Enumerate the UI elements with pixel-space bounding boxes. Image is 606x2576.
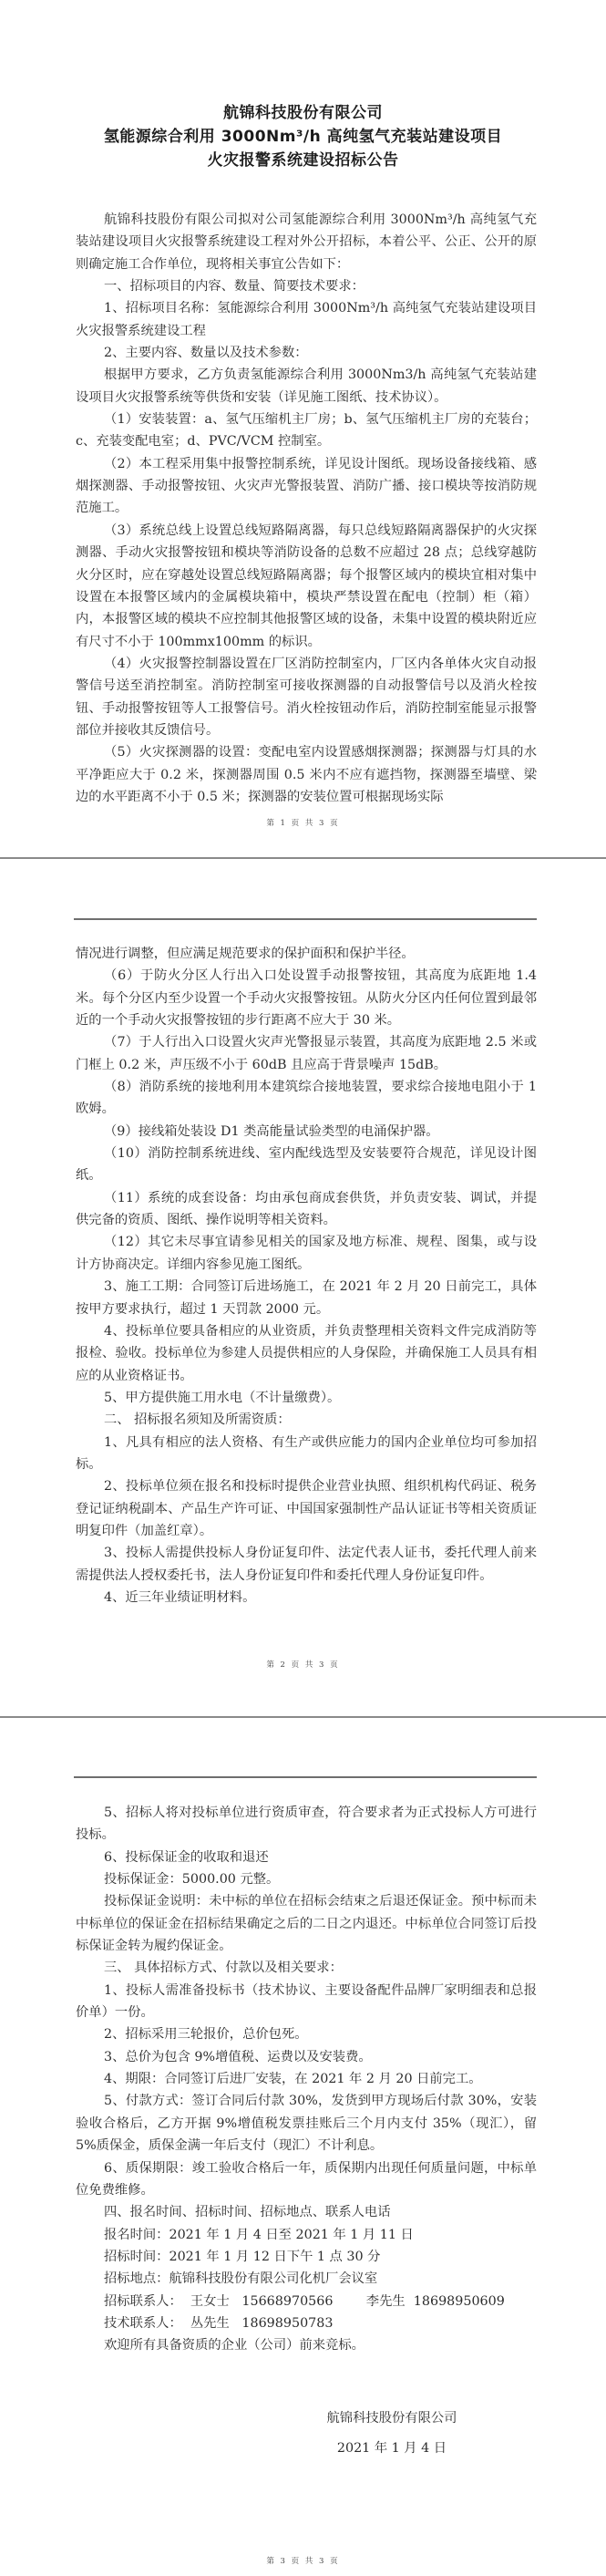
paragraph: 1、招标项目名称：氢能源综合利用 3000Nm³/h 高纯氢气充装站建设项目火灾… — [76, 297, 537, 342]
bid-time: 招标时间：2021 年 1 月 12 日下午 1 点 30 分 — [76, 2246, 537, 2268]
paragraph: 根据甲方要求，乙方负责氢能源综合利用 3000Nm3/h 高纯氢气充装站建设项目… — [76, 364, 537, 409]
page-separator — [0, 1716, 606, 1718]
intro-paragraph: 航锦科技股份有限公司拟对公司氢能源综合利用 3000Nm³/h 高纯氢气充装站建… — [76, 209, 537, 275]
page-number: 第 2 页 共 3 页 — [0, 1659, 606, 1670]
page-separator — [0, 857, 606, 859]
tech-contact: 技术联系人： 丛先生 18698950783 — [76, 2312, 537, 2334]
section-3-heading: 三、 具体招标方式、付款以及相关要求： — [76, 1957, 537, 1979]
paragraph: 3、总价为包含 9%增值税、运费以及安装费。 — [76, 2046, 537, 2068]
paragraph: （10）消防控制系统进线、室内配线选型及安装要符合规范，详见设计图纸。 — [76, 1143, 537, 1187]
paragraph: （5）火灾探测器的设置：变配电室内设置感烟探测器；探测器与灯具的水平净距应大于 … — [76, 741, 537, 808]
paragraph: 2、主要内容、数量以及技术参数： — [76, 342, 537, 364]
signature-company: 航锦科技股份有限公司 — [314, 2403, 469, 2434]
registration-time: 报名时间：2021 年 1 月 4 日至 2021 年 1 月 11 日 — [76, 2224, 537, 2246]
page-number: 第 1 页 共 3 页 — [0, 817, 606, 828]
paragraph: （2）本工程采用集中报警控制系统，详见设计图纸。现场设备接线箱、感烟探测器、手动… — [76, 453, 537, 520]
paragraph: （1）安装装置：a、氢气压缩机主厂房；b、氢气压缩机主厂房的充装台；c、充装变配… — [76, 409, 537, 453]
signature-date: 2021 年 1 月 4 日 — [314, 2433, 469, 2464]
paragraph: （12）其它未尽事宜请参见相关的国家及地方标准、规程、图集，或与设计方协商决定。… — [76, 1231, 537, 1276]
page-header-rule — [74, 918, 537, 920]
paragraph: （11）系统的成套设备：均由承包商成套供货，并负责安装、调试，并提供完备的资质、… — [76, 1187, 537, 1232]
paragraph: 3、施工工期：合同签订后进场施工，在 2021 年 2 月 20 日前完工，具体… — [76, 1276, 537, 1320]
paragraph: 1、凡具有相应的法人资格、有生产或供应能力的国内企业单位均可参加招标。 — [76, 1432, 537, 1476]
paragraph: 4、期限：合同签订后进厂安装，在 2021 年 2 月 20 日前完工。 — [76, 2068, 537, 2090]
paragraph: 4、投标单位要具备相应的从业资质，并负责整理相关资料文件完成消防等报检、验收。投… — [76, 1320, 537, 1387]
deposit-note: 投标保证金说明：未中标的单位在招标会结束之后退还保证金。预中标而未中标单位的保证… — [76, 1890, 537, 1957]
paragraph: 1、投标人需准备投标书（技术协议、主要设备配件品牌厂家明细表和总报价单）一份。 — [76, 1980, 537, 2024]
paragraph: （9）接线箱处装设 D1 类高能量试验类型的电涌保护器。 — [76, 1121, 537, 1143]
page-3-body: 5、招标人将对投标单位进行资质审查，符合要求者为正式投标人方可进行投标。 6、投… — [76, 1802, 537, 2357]
paragraph: （3）系统总线上设置总线短路隔离器，每只总线短路隔离器保护的火灾探测器、手动火灾… — [76, 520, 537, 653]
paragraph: 2、招标采用三轮报价，总价包死。 — [76, 2023, 537, 2045]
bid-contacts: 招标联系人： 王女士 15668970566 李先生 18698950609 — [76, 2291, 537, 2312]
warranty-terms: 6、质保期限：竣工验收合格后一年，质保期内出现任何质量问题，中标单位免费维修。 — [76, 2157, 537, 2202]
title-project: 氢能源综合利用 3000Nm³/h 高纯氢气充装站建设项目 — [0, 125, 606, 149]
section-2-heading: 二、 招标报名须知及所需资质： — [76, 1409, 537, 1431]
title-company: 航锦科技股份有限公司 — [0, 101, 606, 125]
page-2-body: 情况进行调整，但应满足规范要求的保护面积和保护半径。 （6）于防火分区人行出入口… — [76, 943, 537, 1609]
bid-location: 招标地点：航锦科技股份有限公司化机厂会议室 — [76, 2268, 537, 2290]
section-4-heading: 四、报名时间、招标时间、招标地点、联系人电话 — [76, 2201, 537, 2223]
paragraph: 5、招标人将对投标单位进行资质审查，符合要求者为正式投标人方可进行投标。 — [76, 1802, 537, 1847]
section-1-heading: 一、招标项目的内容、数量、简要技术要求： — [76, 275, 537, 297]
deposit-amount: 投标保证金：5000.00 元整。 — [76, 1868, 537, 1890]
payment-terms: 5、付款方式：签订合同后付款 30%，发货到甲方现场后付款 30%，安装验收合格… — [76, 2090, 537, 2157]
paragraph: （4）火灾报警控制器设置在厂区消防控制室内，厂区内各单体火灾自动报警信号送至消控… — [76, 653, 537, 741]
page-number: 第 3 页 共 3 页 — [0, 2555, 606, 2566]
paragraph: （7）于人行出入口设置火灾声光警报显示装置，其高度为底距地 2.5 米或门框上 … — [76, 1031, 537, 1076]
paragraph: 5、甲方提供施工用水电（不计量缴费）。 — [76, 1387, 537, 1409]
closing-line: 欢迎所有具备资质的企业（公司）前来竞标。 — [76, 2334, 537, 2356]
title-notice: 火灾报警系统建设招标公告 — [0, 149, 606, 172]
paragraph: 3、投标人需提供投标人身份证复印件、法定代表人证书，委托代理人前来需提供法人授权… — [76, 1542, 537, 1587]
paragraph-continued: 情况进行调整，但应满足规范要求的保护面积和保护半径。 — [76, 943, 537, 965]
paragraph: 4、近三年业绩证明材料。 — [76, 1587, 537, 1609]
paragraph: （6）于防火分区人行出入口处设置手动报警按钮，其高度为底距地 1.4 米。每个分… — [76, 965, 537, 1031]
page-header-rule — [74, 1776, 537, 1778]
paragraph: 2、投标单位须在报名和投标时提供企业营业执照、组织机构代码证、税务登记证纳税副本… — [76, 1475, 537, 1542]
paragraph: 6、投标保证金的收取和退还 — [76, 1847, 537, 1868]
page-1-body: 航锦科技股份有限公司拟对公司氢能源综合利用 3000Nm³/h 高纯氢气充装站建… — [76, 209, 537, 808]
paragraph: （8）消防系统的接地利用本建筑综合接地装置，要求综合接地电阻小于 1 欧姆。 — [76, 1076, 537, 1121]
